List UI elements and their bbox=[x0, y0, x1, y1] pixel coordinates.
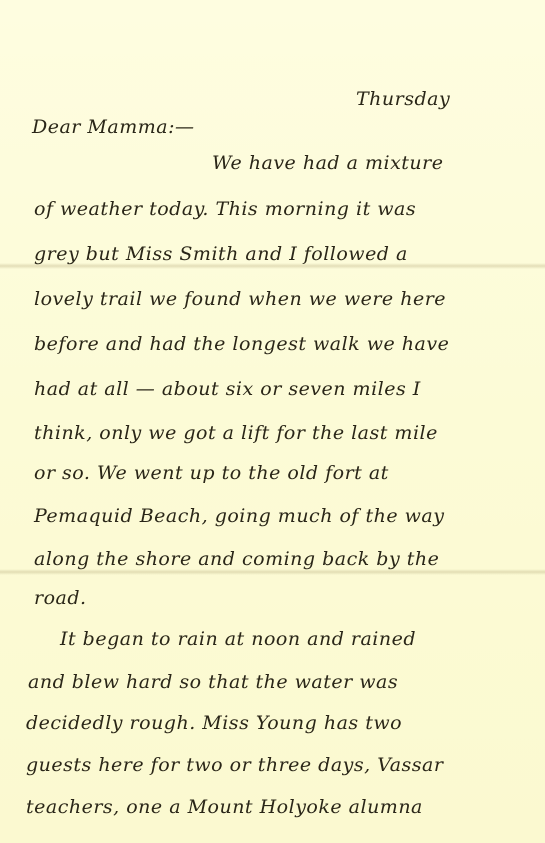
letter-line: teachers, one a Mount Holyoke alumna bbox=[26, 796, 423, 818]
letter-line: had at all — about six or seven miles I bbox=[34, 378, 421, 400]
letter-line: grey but Miss Smith and I followed a bbox=[34, 243, 408, 265]
letter-line: or so. We went up to the old fort at bbox=[34, 462, 389, 484]
letter-line: It began to rain at noon and rained bbox=[60, 628, 416, 650]
letter-line: We have had a mixture bbox=[212, 152, 444, 174]
letter-line: decidedly rough. Miss Young has two bbox=[26, 712, 402, 734]
letter-line: along the shore and coming back by the bbox=[34, 548, 439, 570]
letter-line: guests here for two or three days, Vassa… bbox=[26, 754, 443, 776]
letter-line: lovely trail we found when we were here bbox=[34, 288, 446, 310]
letter-line: before and had the longest walk we have bbox=[34, 333, 449, 355]
letter-line: of weather today. This morning it was bbox=[34, 198, 416, 220]
letter-line: and blew hard so that the water was bbox=[28, 671, 398, 693]
letter-page: Thursday Dear Mamma:— We have had a mixt… bbox=[0, 0, 545, 843]
letter-salutation: Dear Mamma:— bbox=[32, 116, 194, 138]
letter-line: think, only we got a lift for the last m… bbox=[34, 422, 438, 444]
letter-line: Pemaquid Beach, going much of the way bbox=[34, 505, 444, 527]
letter-date: Thursday bbox=[356, 88, 450, 110]
letter-line: road. bbox=[34, 587, 87, 609]
